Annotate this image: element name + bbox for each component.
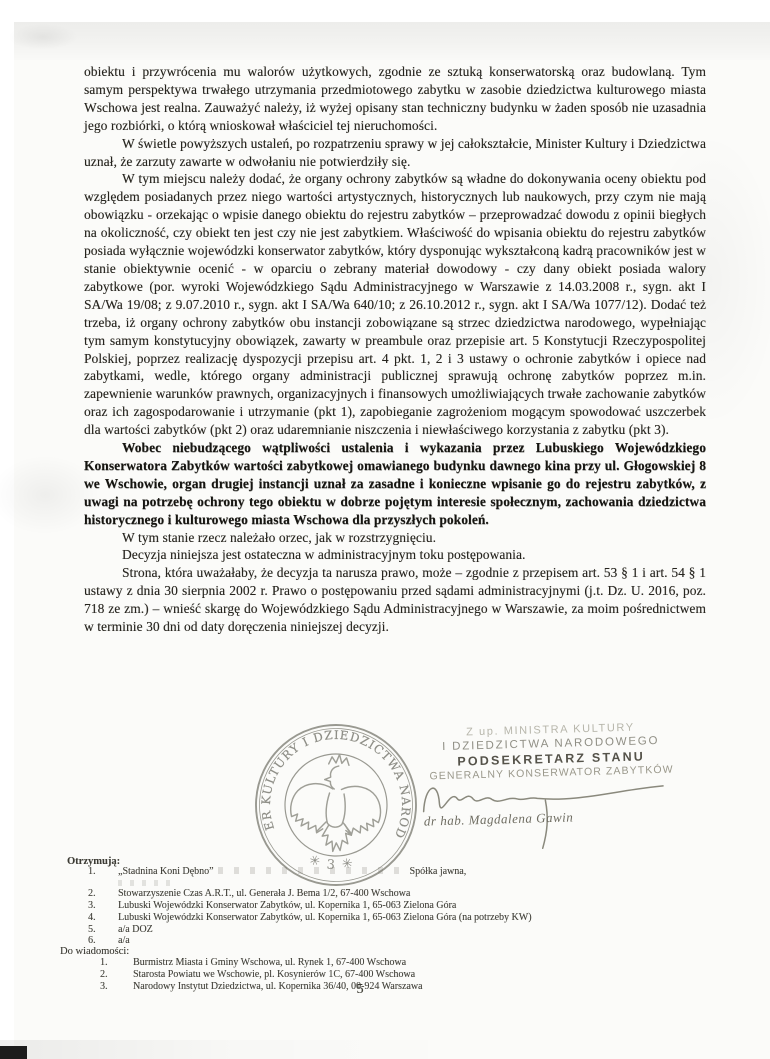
document-body: obiektu i przywrócenia mu walorów użytko… xyxy=(84,63,706,636)
paragraph-continuation: obiektu i przywrócenia mu walorów użytko… xyxy=(84,63,706,135)
recipient-row: 3.Lubuski Wojewódzki Konserwator Zabytkó… xyxy=(88,900,698,912)
scan-corner-mark xyxy=(0,1046,27,1059)
cc-row: 1.Burmistrz Miasta i Gminy Wschowa, ul. … xyxy=(100,957,710,969)
recipient-name-prefix: „Stadnina Koni Dębno” xyxy=(118,866,214,877)
paragraph: Strona, która uważałaby, że decyzja ta n… xyxy=(84,564,706,636)
recipient-text: a/a DOZ xyxy=(118,924,153,935)
paragraph: Decyzja niniejsza jest ostateczna w admi… xyxy=(84,546,706,564)
recipient-row: 1.„Stadnina Koni Dębno”Spółka jawna, xyxy=(88,866,698,878)
page-number: 5 xyxy=(334,982,386,998)
row-number: 4. xyxy=(88,912,118,924)
cc-text: Starosta Powiatu we Wschowie, pl. Kosyni… xyxy=(133,969,415,980)
svg-text:MINISTER KULTURY I DZIEDZICTWA: MINISTER KULTURY I DZIEDZICTWA NARODOWEG… xyxy=(245,714,419,842)
row-number: 2. xyxy=(88,888,118,900)
recipient-text: Lubuski Wojewódzki Konserwator Zabytków,… xyxy=(118,900,456,911)
signature-block: Z up. MINISTRA KULTURY I DZIEDZICTWA NAR… xyxy=(411,720,690,783)
row-number: 3. xyxy=(88,900,118,912)
stamp-ring-text: MINISTER KULTURY I DZIEDZICTWA NARODOWEG… xyxy=(245,714,419,842)
recipient-text: Lubuski Wojewódzki Konserwator Zabytków,… xyxy=(118,912,532,923)
recipient-text: a/a xyxy=(118,935,130,946)
paragraph-emphasis: Wobec niebudzącego wątpliwości ustalenia… xyxy=(84,439,706,529)
paragraph: W świetle powyższych ustaleń, po rozpatr… xyxy=(84,135,706,171)
paragraph: W tym stanie rzecz należało orzec, jak w… xyxy=(84,529,706,547)
scanned-document-page: obiektu i przywrócenia mu walorów użytko… xyxy=(0,0,770,1059)
cc-row: 3.Narodowy Instytut Dziedzictwa, ul. Kop… xyxy=(100,981,710,993)
redacted-smudge xyxy=(218,867,406,874)
recipient-text: Stowarzyszenie Czas A.R.T., ul. Generała… xyxy=(118,888,410,899)
recipient-row: 6.a/a xyxy=(88,935,698,947)
redacted-smudge-line2 xyxy=(118,880,176,886)
cc-row: 2.Starosta Powiatu we Wschowie, pl. Kosy… xyxy=(100,969,710,981)
scan-bottom-shade xyxy=(0,1040,770,1059)
cc-text: Burmistrz Miasta i Gminy Wschowa, ul. Ry… xyxy=(133,957,406,968)
scan-shade-band xyxy=(14,22,770,60)
row-number: 1. xyxy=(88,866,118,878)
recipient-row: 2.Stowarzyszenie Czas A.R.T., ul. Genera… xyxy=(88,888,698,900)
recipient-name-suffix: Spółka jawna, xyxy=(410,866,467,877)
row-number: 2. xyxy=(100,969,133,981)
row-number: 3. xyxy=(100,981,133,993)
row-number: 1. xyxy=(100,957,133,969)
paragraph: W tym miejscu należy dodać, że organy oc… xyxy=(84,170,706,439)
recipient-row: 4.Lubuski Wojewódzki Konserwator Zabytkó… xyxy=(88,912,698,924)
